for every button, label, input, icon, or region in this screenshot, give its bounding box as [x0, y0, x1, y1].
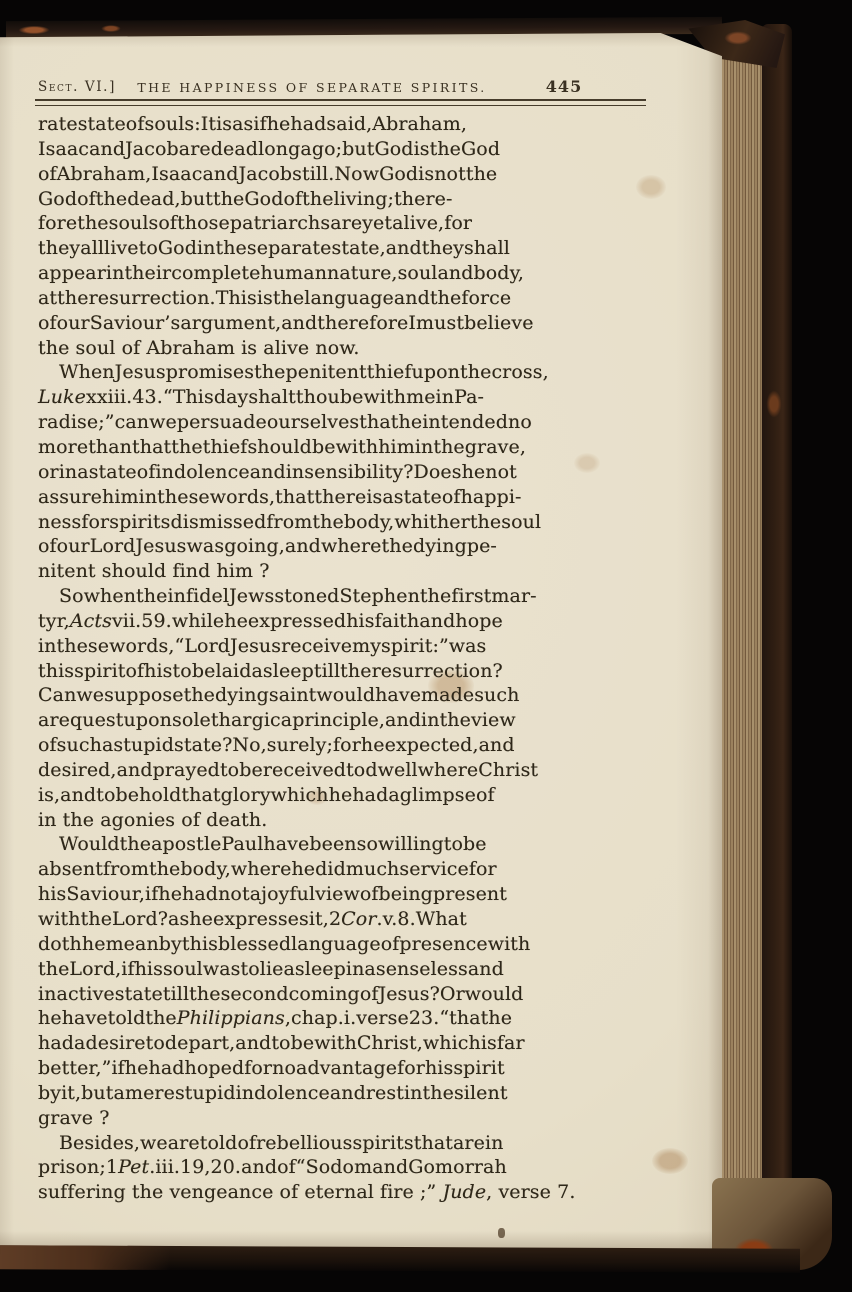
header-double-rule	[35, 99, 646, 106]
body-line: byit,butamerestupidindolenceandrestinthe…	[38, 1081, 646, 1106]
body-line: theyalllivetoGodintheseparatestate,andth…	[38, 236, 646, 261]
body-line: prison;1Pet.iii.19,20.andof“SodomandGomo…	[38, 1155, 646, 1180]
body-line: hehavetoldthePhilippians,chap.i.verse23.…	[38, 1006, 646, 1031]
body-line: the soul of Abraham is alive now.	[38, 336, 646, 361]
body-line: appearintheircompletehumannature,souland…	[38, 261, 646, 286]
body-line: forethesoulsofthosepatriarchsareyetalive…	[38, 211, 646, 236]
body-line: ratestateofsouls:Itisasifhehadsaid,Abrah…	[38, 112, 646, 137]
body-line: better,”ifhehadhopedfornoadvantageforhis…	[38, 1056, 646, 1081]
body-line: suffering the vengeance of eternal fire …	[38, 1180, 646, 1205]
body-line: nitent should find him ?	[38, 559, 646, 584]
book-bottom-edge	[0, 1245, 800, 1272]
body-line: is,andtobeholdthatglorywhichhehadaglimps…	[38, 783, 646, 808]
body-line: absentfromthebody,wherehedidmuchservicef…	[38, 857, 646, 882]
body-line: IsaacandJacobaredeadlongago;butGodistheG…	[38, 137, 646, 162]
body-line: theLord,ifhissoulwastolieasleepinasensel…	[38, 957, 646, 982]
body-line: dothhemeanbythisblessedlanguageofpresenc…	[38, 932, 646, 957]
body-line: Besides,wearetoldofrebelliousspiritsthat…	[38, 1131, 646, 1156]
body-line: assurehiminthesewords,thatthereisastateo…	[38, 485, 646, 510]
body-line: inactivestatetillthesecondcomingofJesus?…	[38, 982, 646, 1007]
body-line: grave ?	[38, 1106, 646, 1131]
body-line: hisSaviour,ifhehadnotajoyfulviewofbeingp…	[38, 882, 646, 907]
body-line: attheresurrection.Thisisthelanguageandth…	[38, 286, 646, 311]
body-line: radise;”canwepersuadeourselvesthatheinte…	[38, 410, 646, 435]
body-line: nessforspiritsdismissedfromthebody,whith…	[38, 510, 646, 535]
body-line: withtheLord?asheexpressesit,2Cor.v.8.Wha…	[38, 907, 646, 932]
body-line: ofAbraham,IsaacandJacobstill.NowGodisnot…	[38, 162, 646, 187]
body-line: WhenJesuspromisesthepenitentthiefuponthe…	[38, 360, 646, 385]
page-title: THE HAPPINESS OF SEPARATE SPIRITS.	[132, 80, 492, 95]
book-fore-edge-pages	[716, 28, 768, 1252]
body-line: inthesewords,“LordJesusreceivemyspirit:”…	[38, 634, 646, 659]
body-line: arequestuponsolethargicaprinciple,andint…	[38, 708, 646, 733]
body-line: Godofthedead,buttheGodoftheliving;there-	[38, 187, 646, 212]
section-label: Sect. VI.]	[38, 79, 116, 95]
body-line: ofsuchastupidstate?No,surely;forheexpect…	[38, 733, 646, 758]
body-line: Canwesupposethedyingsaintwouldhavemadesu…	[38, 683, 646, 708]
body-line: SowhentheinfidelJewsstonedStephenthefirs…	[38, 584, 646, 609]
body-line: morethanthatthethiefshouldbewithhiminthe…	[38, 435, 646, 460]
page-number: 445	[526, 77, 602, 96]
body-line: tyr,Actsvii.59.whileheexpressedhisfaitha…	[38, 609, 646, 634]
body-line: thisspiritofhistobelaidasleeptilltheresu…	[38, 659, 646, 684]
body-line: in the agonies of death.	[38, 808, 646, 833]
body-line: ofourLordJesuswasgoing,andwherethedyingp…	[38, 534, 646, 559]
book-cover-edge	[762, 24, 792, 1264]
running-header: Sect. VI.] THE HAPPINESS OF SEPARATE SPI…	[38, 77, 646, 99]
body-line: WouldtheapostlePaulhavebeensowillingtobe	[38, 832, 646, 857]
body-line: hadadesiretodepart,andtobewithChrist,whi…	[38, 1031, 646, 1056]
body-line: desired,andprayedtobereceivedtodwellwher…	[38, 758, 646, 783]
body-line: ofourSaviour’sargument,andthereforeImust…	[38, 311, 646, 336]
page-body: ratestateofsouls:Itisasifhehadsaid,Abrah…	[38, 112, 646, 1205]
photo-background: Sect. VI.] THE HAPPINESS OF SEPARATE SPI…	[0, 0, 852, 1292]
body-line: Lukexxiii.43.“Thisdayshaltthoubewithmein…	[38, 385, 646, 410]
body-line: orinastateofindolenceandinsensibility?Do…	[38, 460, 646, 485]
